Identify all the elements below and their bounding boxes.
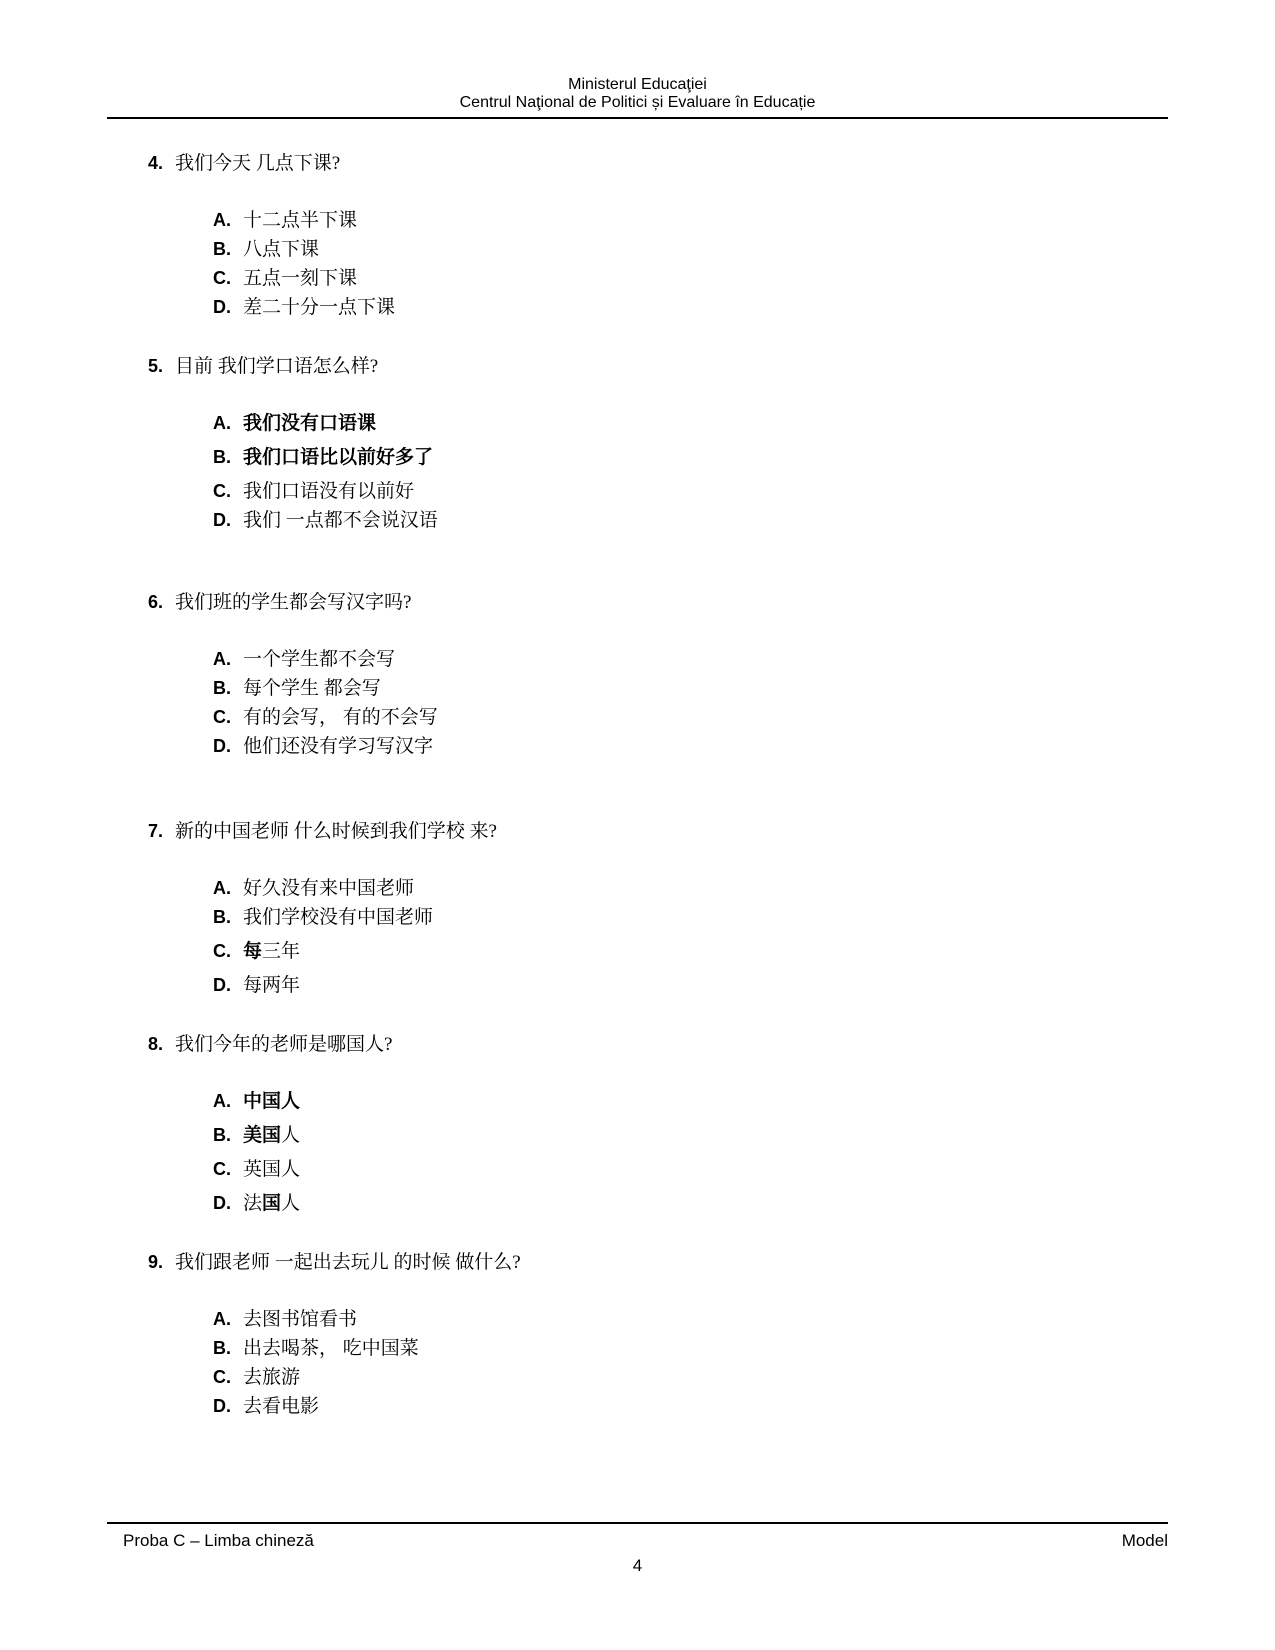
option-label: A. <box>213 1305 243 1334</box>
option-label: A. <box>213 874 243 903</box>
option-label: C. <box>213 1363 243 1392</box>
option-label: A. <box>213 409 243 438</box>
answer-option: D.法国人 <box>213 1189 1168 1218</box>
question-block: 7.新的中国老师 什么时候到我们学校 来?A.好久没有来中国老师B.我们学校没有… <box>107 817 1168 1000</box>
option-label: D. <box>213 293 243 322</box>
answer-option: A.十二点半下课 <box>213 206 1168 235</box>
option-text-segment: 八点下课 <box>243 239 319 260</box>
option-text-segment: 五点一刻下课 <box>243 268 357 289</box>
page-number: 4 <box>107 1556 1168 1576</box>
answer-option: D.我们 一点都不会说汉语 <box>213 506 1168 535</box>
question-text: 我们班的学生都会写汉字吗? <box>175 592 411 613</box>
option-label: D. <box>213 1189 243 1218</box>
option-label: B. <box>213 674 243 703</box>
option-text-segment: 国 <box>262 1193 281 1214</box>
answer-option: B.我们学校没有中国老师 <box>213 903 1168 932</box>
option-text-segment: 每 <box>243 941 262 962</box>
header-center-line: Centrul Naţional de Politici și Evaluare… <box>107 94 1168 112</box>
question-number: 8. <box>148 1030 175 1059</box>
answer-option: C.去旅游 <box>213 1363 1168 1392</box>
option-text-segment: 好久没有来中国老师 <box>243 878 414 899</box>
question-line: 4.我们今天 几点下课? <box>107 149 1168 178</box>
option-text-segment: 出去喝茶， 吃中国菜 <box>243 1338 419 1359</box>
option-text-segment: 他们还没有学习写汉字 <box>243 736 433 757</box>
option-label: A. <box>213 1087 243 1116</box>
question-number: 4. <box>148 149 175 178</box>
option-text-segment: 我们口语比以前好多了 <box>243 447 433 468</box>
answer-option: A.去图书馆看书 <box>213 1305 1168 1334</box>
question-number: 7. <box>148 817 175 846</box>
answer-option: A.我们没有口语课 <box>213 409 1168 438</box>
answer-option: A.中国人 <box>213 1087 1168 1116</box>
answer-option: C.我们口语没有以前好 <box>213 477 1168 506</box>
option-text-segment: 差二十分一点下课 <box>243 297 395 318</box>
option-label: D. <box>213 732 243 761</box>
option-label: B. <box>213 235 243 264</box>
question-line: 5.目前 我们学口语怎么样? <box>107 352 1168 381</box>
question-line: 9.我们跟老师 一起出去玩儿 的时候 做什么? <box>107 1248 1168 1277</box>
option-text-segment: 每两年 <box>243 975 300 996</box>
question-text: 新的中国老师 什么时候到我们学校 来? <box>175 821 497 842</box>
answer-option: C.有的会写， 有的不会写 <box>213 703 1168 732</box>
answer-option: D.差二十分一点下课 <box>213 293 1168 322</box>
option-label: C. <box>213 1155 243 1184</box>
option-text-segment: 人 <box>281 1193 300 1214</box>
question-number: 6. <box>148 588 175 617</box>
option-text-segment: 去图书馆看书 <box>243 1309 357 1330</box>
answer-option: D.他们还没有学习写汉字 <box>213 732 1168 761</box>
question-line: 8.我们今年的老师是哪国人? <box>107 1030 1168 1059</box>
options-list: A.一个学生都不会写B.每个学生 都会写C.有的会写， 有的不会写D.他们还没有… <box>107 645 1168 761</box>
answer-option: B.出去喝茶， 吃中国菜 <box>213 1334 1168 1363</box>
option-label: A. <box>213 206 243 235</box>
answer-option: B.八点下课 <box>213 235 1168 264</box>
question-block: 8.我们今年的老师是哪国人?A.中国人B.美国人C.英国人D.法国人 <box>107 1030 1168 1218</box>
answer-option: A.好久没有来中国老师 <box>213 874 1168 903</box>
question-text: 我们跟老师 一起出去玩儿 的时候 做什么? <box>175 1252 521 1273</box>
answer-option: C.英国人 <box>213 1155 1168 1184</box>
header-ministry-line: Ministerul Educaţiei <box>107 76 1168 94</box>
option-text-segment: 我们口语没有以前好 <box>243 481 414 502</box>
question-block: 5.目前 我们学口语怎么样?A.我们没有口语课B.我们口语比以前好多了C.我们口… <box>107 352 1168 535</box>
options-list: A.去图书馆看书B.出去喝茶， 吃中国菜C.去旅游D.去看电影 <box>107 1305 1168 1421</box>
question-block: 9.我们跟老师 一起出去玩儿 的时候 做什么?A.去图书馆看书B.出去喝茶， 吃… <box>107 1248 1168 1421</box>
footer-variant-label: Model <box>1122 1531 1168 1551</box>
option-text-segment: 我们没有口语课 <box>243 413 376 434</box>
option-text-segment: 三年 <box>262 941 300 962</box>
option-text-segment: 我们 一点都不会说汉语 <box>243 510 438 531</box>
option-label: A. <box>213 645 243 674</box>
answer-option: B.每个学生 都会写 <box>213 674 1168 703</box>
option-text-segment: 去看电影 <box>243 1396 319 1417</box>
option-text-segment: 英国人 <box>243 1159 300 1180</box>
option-label: B. <box>213 1334 243 1363</box>
option-text-segment: 人 <box>281 1125 300 1146</box>
footer-rule <box>107 1522 1168 1524</box>
option-label: C. <box>213 477 243 506</box>
option-text-segment: 一个学生都不会写 <box>243 649 395 670</box>
question-line: 7.新的中国老师 什么时候到我们学校 来? <box>107 817 1168 846</box>
answer-option: A.一个学生都不会写 <box>213 645 1168 674</box>
option-label: C. <box>213 937 243 966</box>
option-text-segment: 美国 <box>243 1125 281 1146</box>
footer-row: Proba C – Limba chineză Model <box>107 1531 1168 1551</box>
option-text-segment: 法 <box>243 1193 262 1214</box>
question-text: 我们今年的老师是哪国人? <box>175 1034 392 1055</box>
options-list: A.中国人B.美国人C.英国人D.法国人 <box>107 1087 1168 1218</box>
option-text-segment: 十二点半下课 <box>243 210 357 231</box>
question-number: 9. <box>148 1248 175 1277</box>
option-text-segment: 我们学校没有中国老师 <box>243 907 433 928</box>
answer-option: C.每三年 <box>213 937 1168 966</box>
answer-option: D.去看电影 <box>213 1392 1168 1421</box>
answer-option: D.每两年 <box>213 971 1168 1000</box>
option-text-segment: 去旅游 <box>243 1367 300 1388</box>
question-number: 5. <box>148 352 175 381</box>
option-label: C. <box>213 264 243 293</box>
options-list: A.好久没有来中国老师B.我们学校没有中国老师C.每三年D.每两年 <box>107 874 1168 1000</box>
question-block: 6.我们班的学生都会写汉字吗?A.一个学生都不会写B.每个学生 都会写C.有的会… <box>107 588 1168 761</box>
answer-option: B.美国人 <box>213 1121 1168 1150</box>
document-page: Ministerul Educaţiei Centrul Naţional de… <box>0 0 1275 1650</box>
options-list: A.我们没有口语课B.我们口语比以前好多了C.我们口语没有以前好D.我们 一点都… <box>107 409 1168 535</box>
option-label: D. <box>213 971 243 1000</box>
option-label: D. <box>213 506 243 535</box>
question-block: 4.我们今天 几点下课?A.十二点半下课B.八点下课C.五点一刻下课D.差二十分… <box>107 149 1168 322</box>
option-label: B. <box>213 1121 243 1150</box>
page-footer: Proba C – Limba chineză Model 4 <box>107 1522 1168 1576</box>
option-text-segment: 每个学生 都会写 <box>243 678 381 699</box>
questions-area: 4.我们今天 几点下课?A.十二点半下课B.八点下课C.五点一刻下课D.差二十分… <box>0 149 1275 1421</box>
options-list: A.十二点半下课B.八点下课C.五点一刻下课D.差二十分一点下课 <box>107 206 1168 322</box>
page-header: Ministerul Educaţiei Centrul Naţional de… <box>0 0 1275 119</box>
question-text: 我们今天 几点下课? <box>175 153 340 174</box>
answer-option: C.五点一刻下课 <box>213 264 1168 293</box>
option-label: C. <box>213 703 243 732</box>
question-text: 目前 我们学口语怎么样? <box>175 356 378 377</box>
question-line: 6.我们班的学生都会写汉字吗? <box>107 588 1168 617</box>
header-rule <box>107 117 1168 119</box>
option-label: B. <box>213 903 243 932</box>
answer-option: B.我们口语比以前好多了 <box>213 443 1168 472</box>
footer-exam-label: Proba C – Limba chineză <box>123 1531 314 1551</box>
option-label: B. <box>213 443 243 472</box>
option-label: D. <box>213 1392 243 1421</box>
option-text-segment: 中国人 <box>243 1091 300 1112</box>
option-text-segment: 有的会写， 有的不会写 <box>243 707 438 728</box>
